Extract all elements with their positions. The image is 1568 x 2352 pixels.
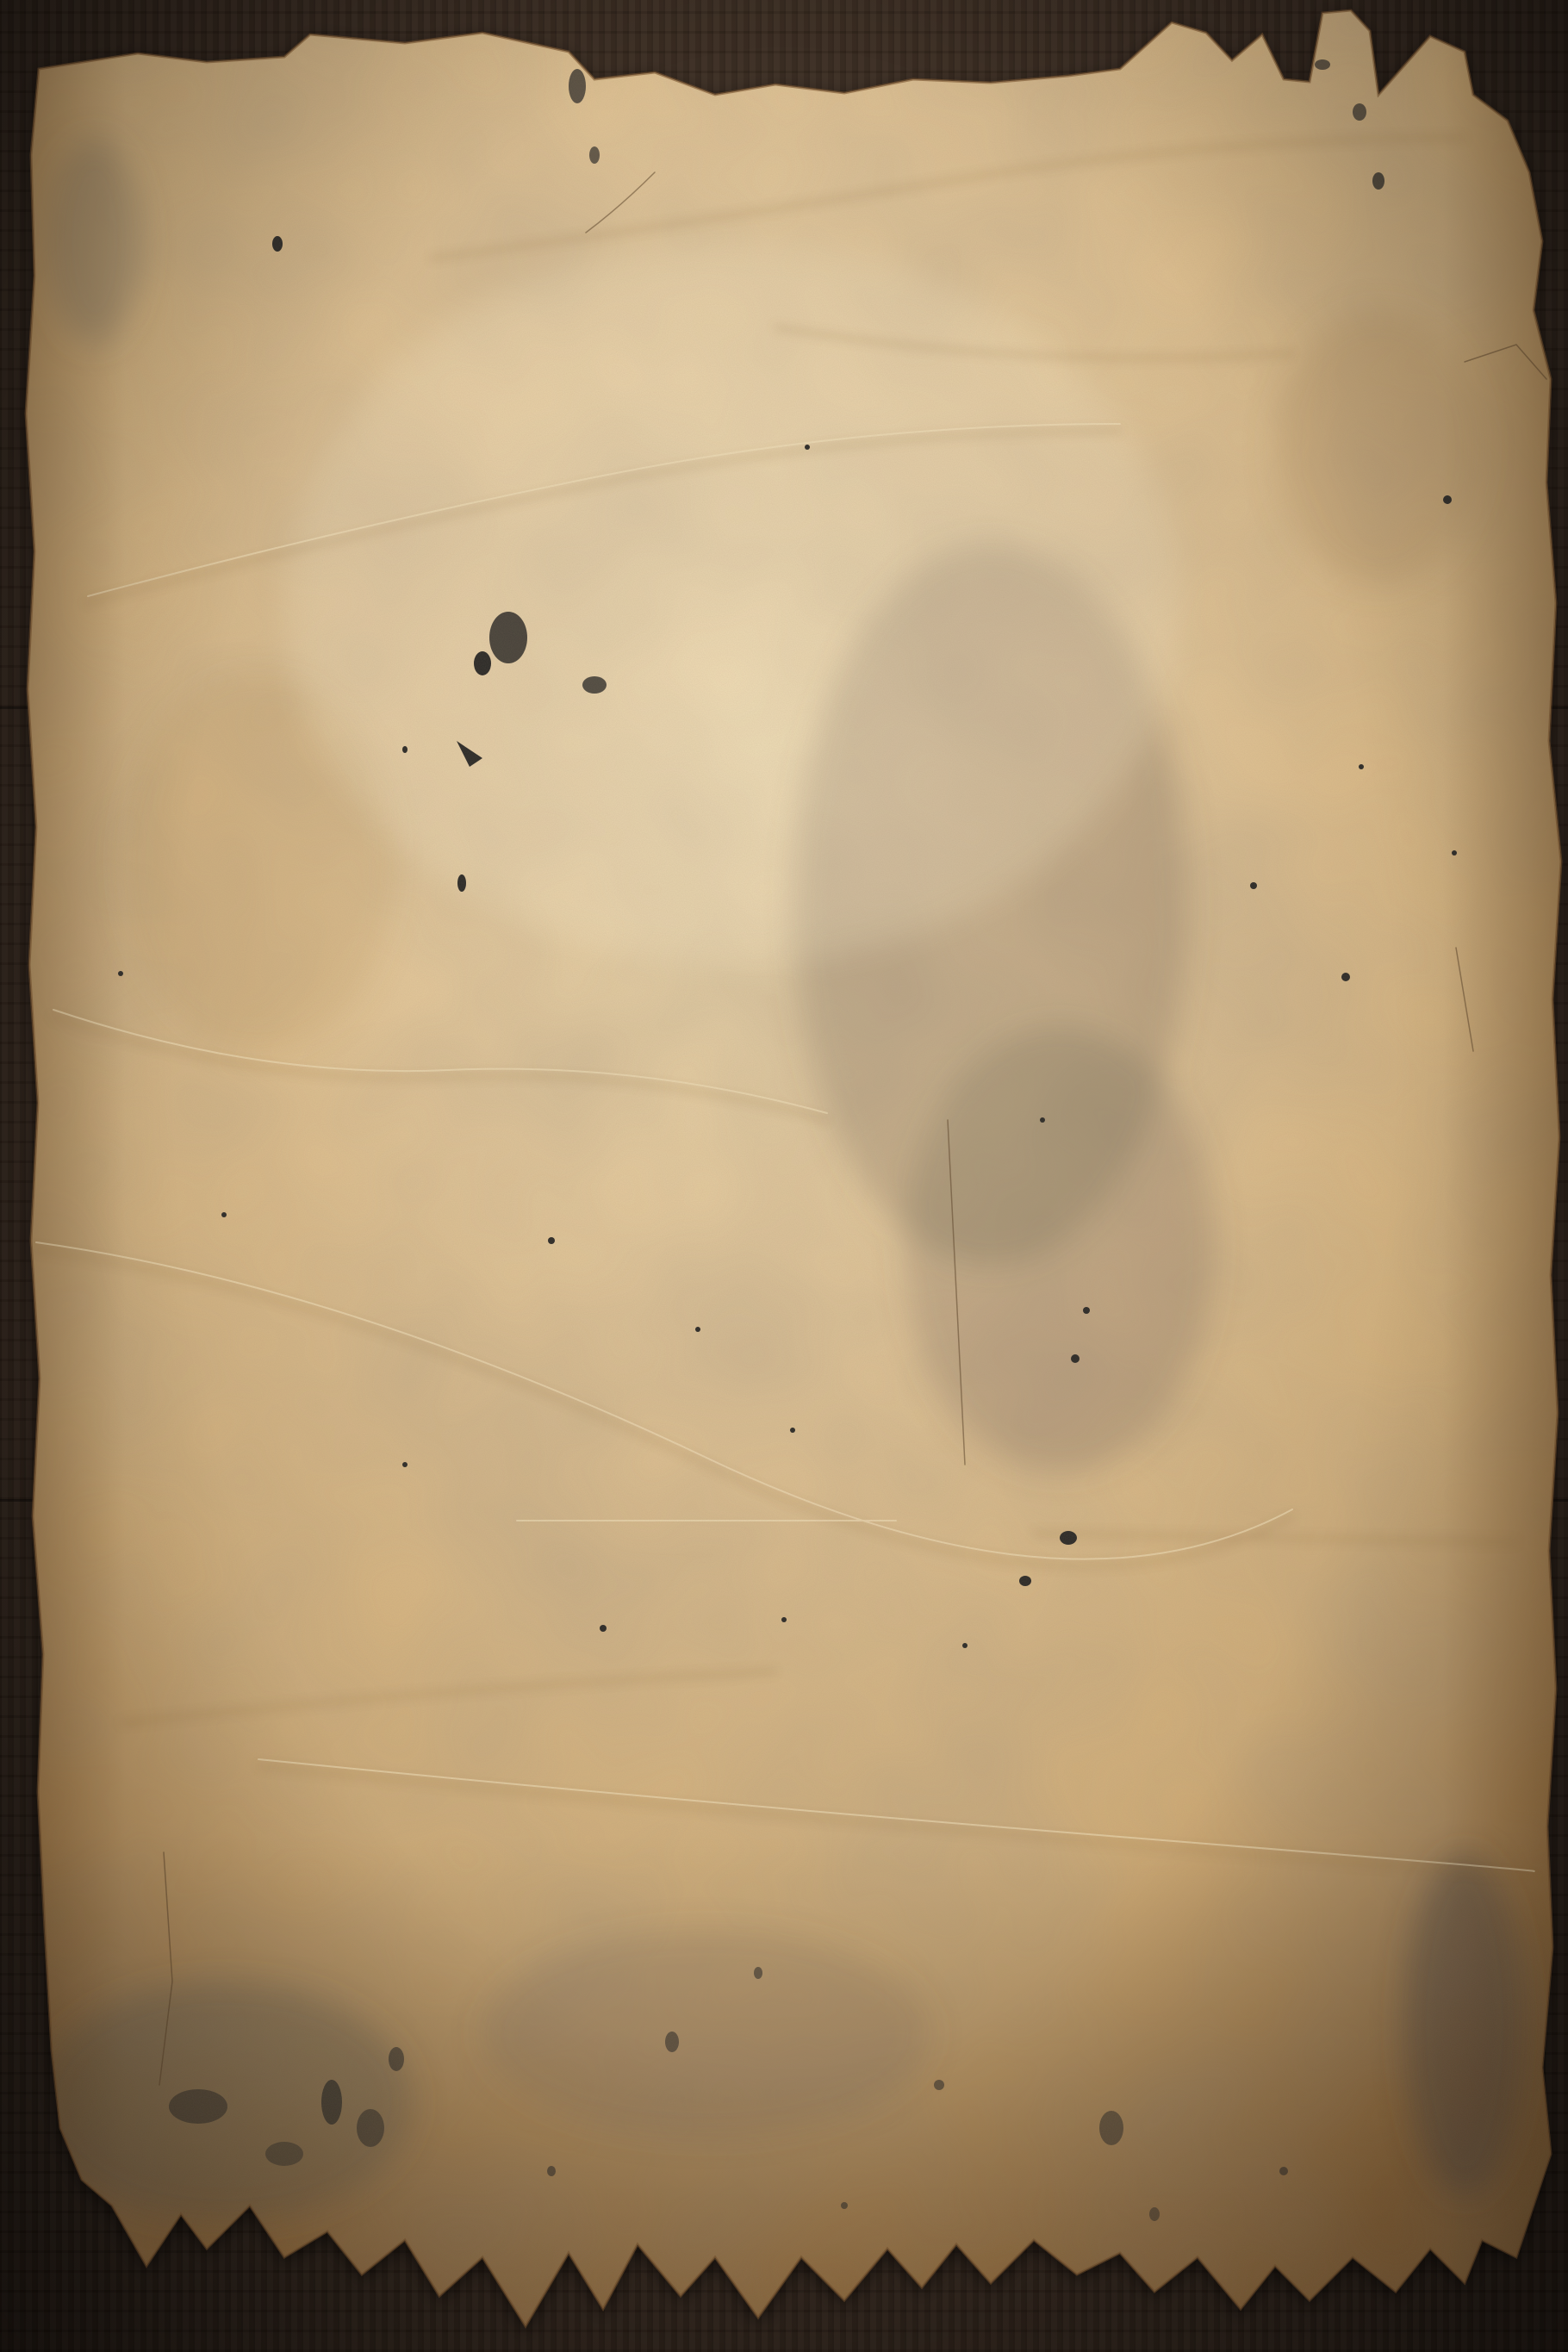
parchment-paper — [0, 0, 1568, 2352]
photo-scene — [0, 0, 1568, 2352]
